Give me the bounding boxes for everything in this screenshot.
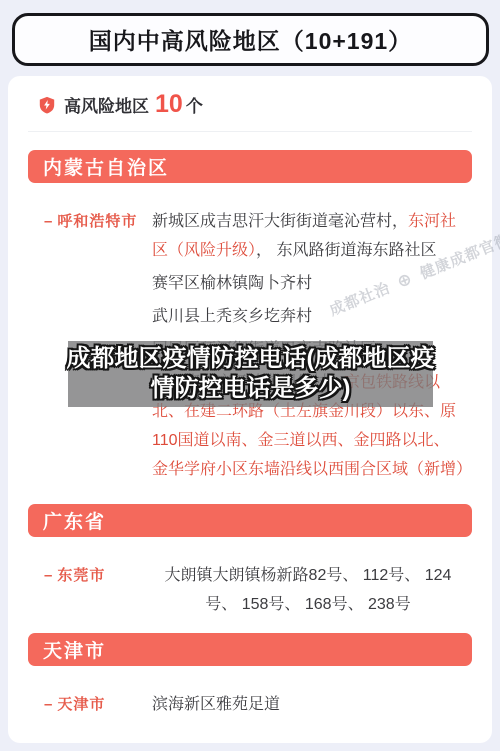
area-entry: 赛罕区榆林镇陶卜齐村: [152, 269, 464, 298]
area-entry: 武川县上秃亥乡圪奔村: [152, 302, 464, 331]
city-area-list: 滨海新区雅苑足道: [152, 690, 464, 723]
province-section: 内蒙古自治区–呼和浩特市新城区成吉思汗大街街道毫沁营村，东河社区（风险升级）， …: [8, 150, 492, 488]
dash-icon: –: [44, 213, 53, 230]
area-entry: 滨海新区雅苑足道: [152, 690, 464, 719]
area-entry: 大朗镇大朗镇杨新路82号、 112号、 124号、 158号、 168号、 23…: [152, 561, 464, 619]
area-text: 赛罕区榆林镇陶卜齐村: [152, 275, 312, 292]
page-title: 国内中高风险地区（10+191）: [12, 13, 489, 66]
high-risk-count: 10: [155, 92, 183, 117]
high-risk-label: 高风险地区: [64, 92, 149, 117]
province-list: 内蒙古自治区–呼和浩特市新城区成吉思汗大街街道毫沁营村，东河社区（风险升级）， …: [8, 150, 492, 723]
area-text: 新城区成吉思汗大街街道毫沁营村，: [152, 213, 408, 230]
province-banner: 广东省: [28, 504, 472, 537]
province-section: 广东省–东莞市大朗镇大朗镇杨新路82号、 112号、 124号、 158号、 1…: [8, 504, 492, 623]
city-name: 呼和浩特市: [57, 213, 137, 230]
area-text: 大朗镇大朗镇杨新路82号、 112号、 124号、 158号、 168号、 23…: [165, 567, 452, 613]
province-banner: 内蒙古自治区: [28, 150, 472, 183]
province-section: 天津市–天津市滨海新区雅苑足道: [8, 633, 492, 723]
province-banner: 天津市: [28, 633, 472, 666]
high-risk-unit: 个: [186, 92, 203, 117]
caption-line-2: 情防控电话是多少): [151, 374, 351, 404]
area-text: ， 东风路街道海东路社区: [256, 242, 436, 259]
shield-bolt-icon: [38, 96, 56, 114]
caption-line-1: 成都地区疫情防控电话(成都地区疫: [67, 344, 435, 374]
dash-icon: –: [44, 696, 53, 713]
area-entry: 新城区成吉思汗大街街道毫沁营村，东河社区（风险升级）， 东风路街道海东路社区: [152, 207, 464, 265]
risk-area-card: 高风险地区 10 个 内蒙古自治区–呼和浩特市新城区成吉思汗大街街道毫沁营村，东…: [8, 76, 492, 743]
city-row: –东莞市大朗镇大朗镇杨新路82号、 112号、 124号、 158号、 168号…: [8, 537, 492, 623]
area-text: 武川县上秃亥乡圪奔村: [152, 308, 312, 325]
caption-overlay: 成都地区疫情防控电话(成都地区疫 情防控电话是多少): [68, 341, 433, 407]
section-divider: [28, 131, 472, 132]
city-name: 东莞市: [57, 567, 105, 584]
city-row: –呼和浩特市新城区成吉思汗大街街道毫沁营村，东河社区（风险升级）， 东风路街道海…: [8, 183, 492, 488]
city-area-list: 大朗镇大朗镇杨新路82号、 112号、 124号、 158号、 168号、 23…: [152, 561, 464, 623]
city-label: –天津市: [44, 690, 152, 723]
city-name: 天津市: [57, 696, 105, 713]
page-title-text: 国内中高风险地区（10+191）: [89, 23, 412, 56]
city-row: –天津市滨海新区雅苑足道: [8, 666, 492, 723]
area-text: 滨海新区雅苑足道: [152, 696, 280, 713]
high-risk-section-header: 高风险地区 10 个: [8, 76, 492, 127]
city-label: –东莞市: [44, 561, 152, 623]
dash-icon: –: [44, 567, 53, 584]
